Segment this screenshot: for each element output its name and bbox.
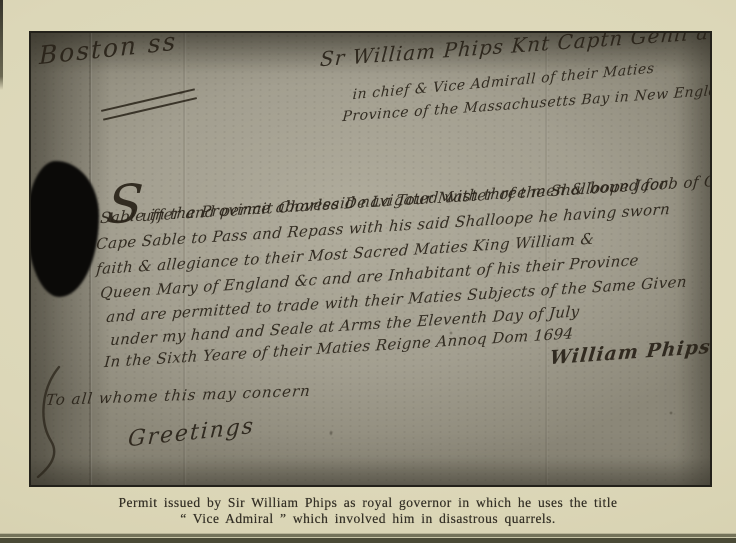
printed-caption: Permit issued by Sir William Phips as ro… <box>0 495 736 527</box>
flourish-swash-icon <box>33 363 67 483</box>
permit-photograph: Boston ss Sr William Phips Knt Captn Gen… <box>29 31 712 487</box>
venue-heading: Boston ss <box>39 31 177 70</box>
salutation-line: To all whome this may concern <box>45 382 312 409</box>
caption-line-2: “ Vice Admiral ” which involved him in d… <box>0 511 736 527</box>
book-page: Boston ss Sr William Phips Knt Captn Gen… <box>0 0 736 543</box>
caption-line-1: Permit issued by Sir William Phips as ro… <box>0 495 736 511</box>
book-edge-shadow <box>0 533 736 543</box>
page-edge-mark <box>0 0 3 90</box>
signature-william-phips: William Phips <box>549 336 712 369</box>
greeting-word: Greetings <box>127 414 256 453</box>
